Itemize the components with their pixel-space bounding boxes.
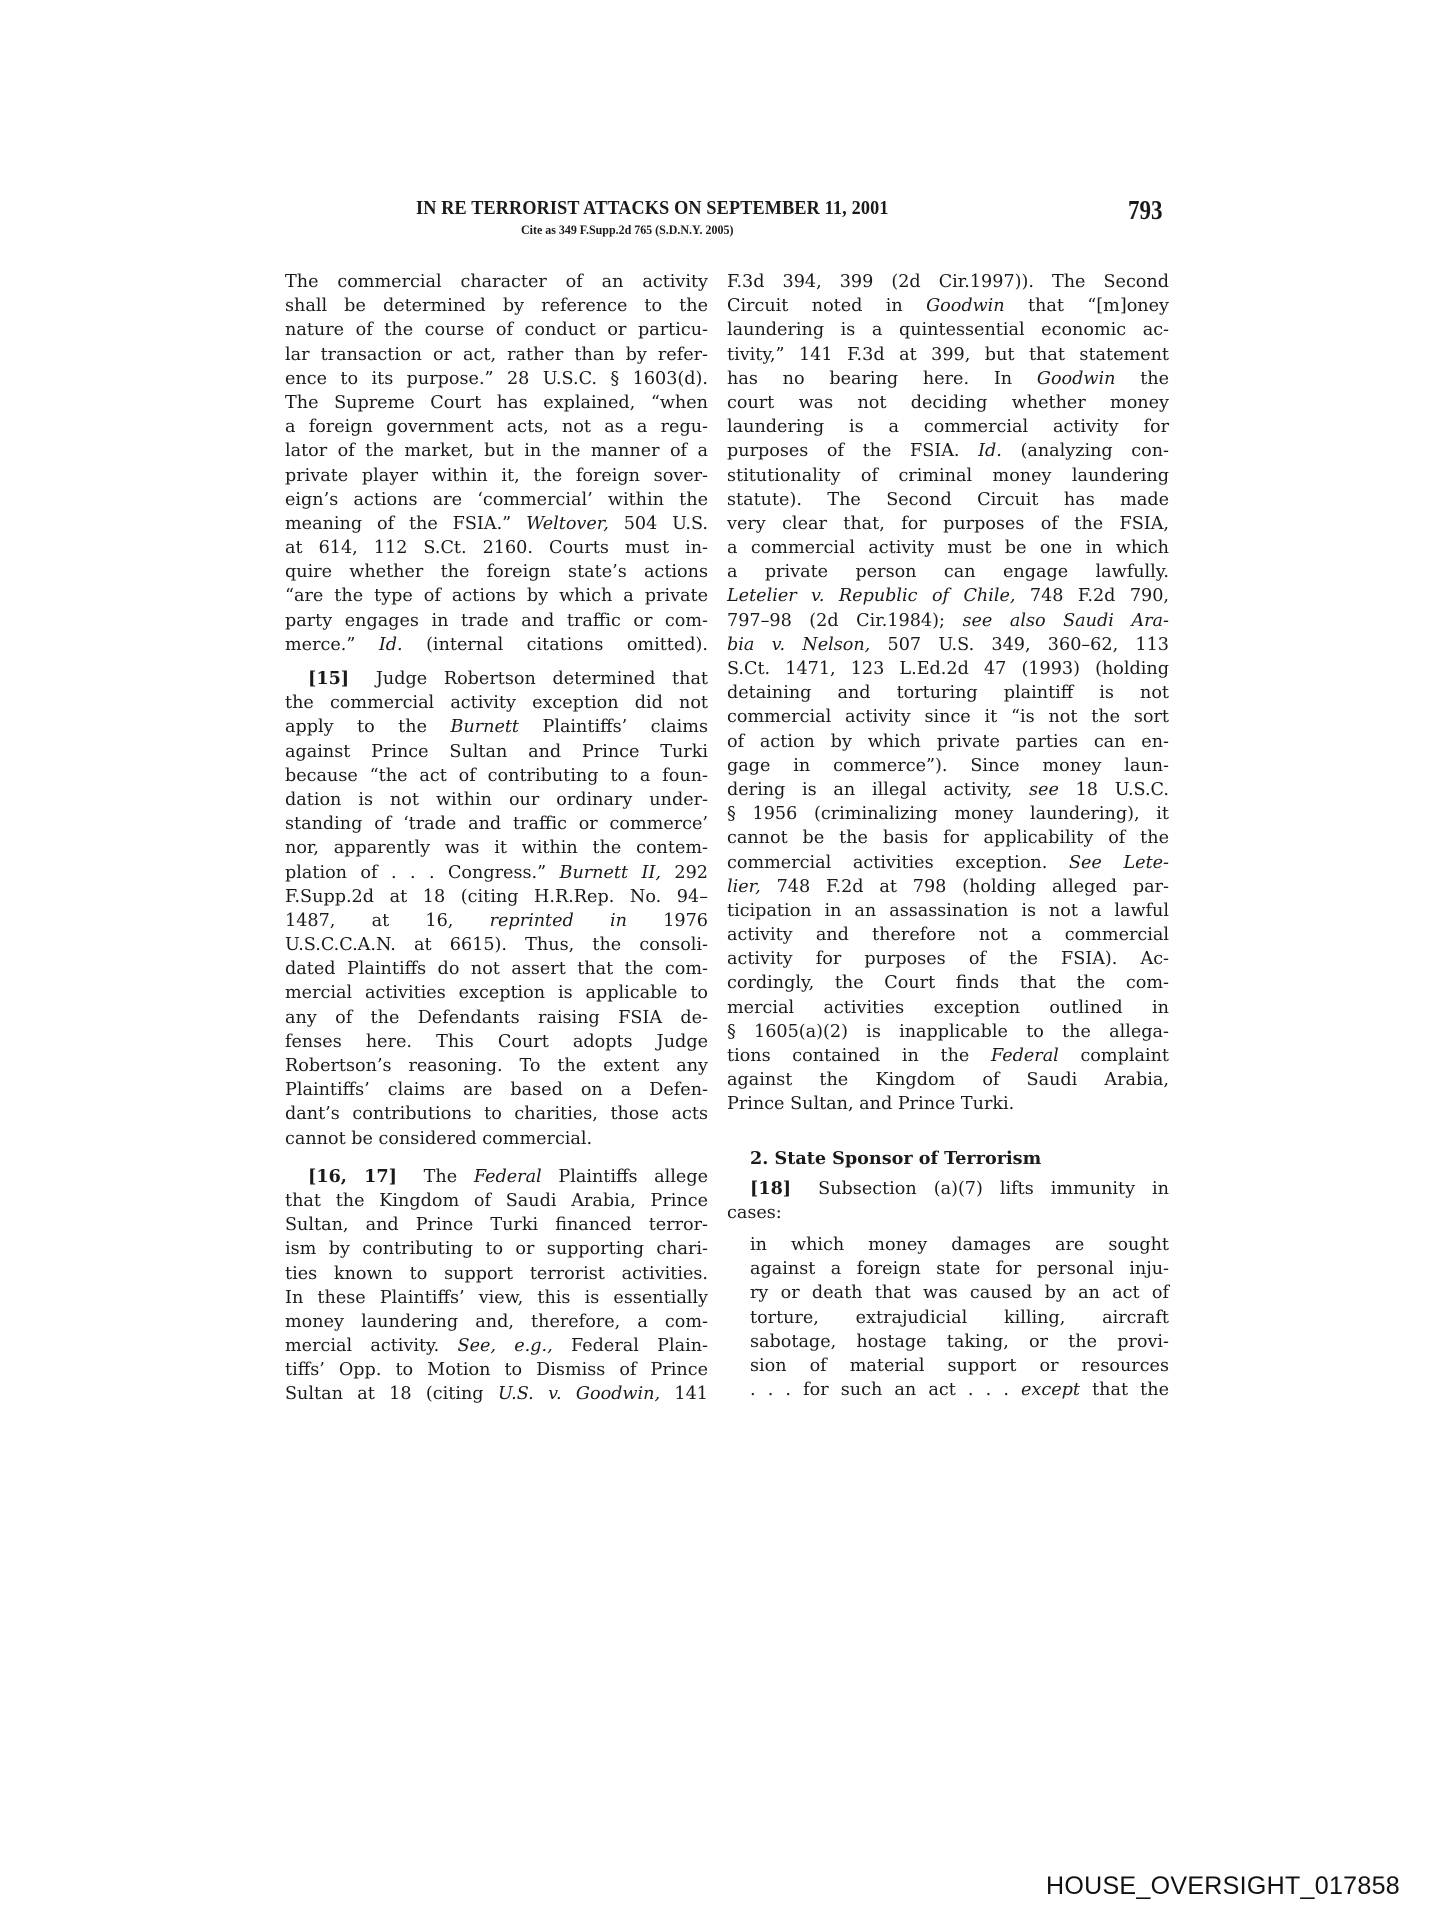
paragraph-goodwin: F.3d 394, 399 (2d Cir.1997)). The Second…: [727, 270, 1169, 1117]
case-name: Letelier v. Republic of Chile,: [727, 586, 1016, 606]
case-name: Burnett II,: [560, 863, 661, 883]
text-line: [15] Judge Robertson determined that: [285, 667, 708, 691]
case-name: See Lete-: [1069, 853, 1169, 873]
text-line: private player within it, the foreign so…: [285, 464, 708, 488]
text-line: sabotage, hostage taking, or the provi-: [727, 1330, 1169, 1354]
statute-blockquote: in which money damages are sought agains…: [727, 1233, 1169, 1402]
text-line: merce.” Id. (internal citations omitted)…: [285, 633, 708, 657]
text-line: . . . for such an act . . . except that …: [727, 1378, 1169, 1402]
case-name: Goodwin: [926, 296, 1005, 316]
paragraph-gap: [727, 1225, 1169, 1233]
paragraph-gap: [285, 1151, 708, 1165]
text-line: meaning of the FSIA.” Weltover, 504 U.S.: [285, 512, 708, 536]
text-line: the commercial activity exception did no…: [285, 691, 708, 715]
text-line: laundering is a commercial activity for: [727, 415, 1169, 439]
text-line: very clear that, for purposes of the FSI…: [727, 512, 1169, 536]
text-line: dation is not within our ordinary under-: [285, 788, 708, 812]
text-line: fenses here. This Court adopts Judge: [285, 1030, 708, 1054]
page-number: 793: [1128, 195, 1162, 226]
text-line: S.Ct. 1471, 123 L.Ed.2d 47 (1993) (holdi…: [727, 657, 1169, 681]
text-line: apply to the Burnett Plaintiffs’ claims: [285, 715, 708, 739]
case-name: lier,: [727, 877, 761, 897]
text-line: mercial activity. See, e.g., Federal Pla…: [285, 1334, 708, 1358]
text-line: Letelier v. Republic of Chile, 748 F.2d …: [727, 584, 1169, 608]
text-line: activity and therefore not a commercial: [727, 923, 1169, 947]
text-line: cannot be considered commercial.: [285, 1127, 708, 1151]
text-line: The commercial character of an activity: [285, 270, 708, 294]
bates-number: HOUSE_OVERSIGHT_017858: [1046, 1872, 1400, 1901]
running-title: IN RE TERRORIST ATTACKS ON SEPTEMBER 11,…: [416, 198, 993, 220]
text-line: tiffs’ Opp. to Motion to Dismiss of Prin…: [285, 1358, 708, 1382]
citation-signal: See, e.g.,: [458, 1336, 553, 1356]
text-line: bia v. Nelson, 507 U.S. 349, 360–62, 113: [727, 633, 1169, 657]
paragraph-18: [18] Subsection (a)(7) lifts immunity in…: [727, 1177, 1169, 1225]
paragraph-15: [15] Judge Robertson determined that the…: [285, 667, 708, 1151]
text-line: Sultan, and Prince Turki financed terror…: [285, 1213, 708, 1237]
citation-signal: Id.: [978, 441, 1002, 461]
left-column: The commercial character of an activity …: [285, 270, 708, 1407]
text-line: 797–98 (2d Cir.1984); see also Saudi Ara…: [727, 609, 1169, 633]
text-line: detaining and torturing plaintiff is not: [727, 681, 1169, 705]
text-line: ry or death that was caused by an act of: [727, 1281, 1169, 1305]
text-line: a private person can engage lawfully.: [727, 560, 1169, 584]
text-line: The Supreme Court has explained, “when: [285, 391, 708, 415]
text-line: Sultan at 18 (citing U.S. v. Goodwin, 14…: [285, 1382, 708, 1406]
case-name: Goodwin: [1037, 369, 1116, 389]
text-line: against Prince Sultan and Prince Turki: [285, 740, 708, 764]
text-line: U.S.C.C.A.N. at 6615). Thus, the consoli…: [285, 933, 708, 957]
text-line: cordingly, the Court finds that the com-: [727, 971, 1169, 995]
text-line: quire whether the foreign state’s action…: [285, 560, 708, 584]
text-line: torture, extrajudicial killing, aircraft: [727, 1306, 1169, 1330]
text-line: dated Plaintiffs do not assert that the …: [285, 957, 708, 981]
text-line: a foreign government acts, not as a regu…: [285, 415, 708, 439]
headnote-number: [16, 17]: [308, 1166, 397, 1187]
case-name: Federal: [474, 1167, 542, 1187]
text-line: In these Plaintiffs’ view, this is essen…: [285, 1286, 708, 1310]
text-line: Circuit noted in Goodwin that “[m]oney: [727, 294, 1169, 318]
text-line: “are the type of actions by which a priv…: [285, 584, 708, 608]
text-line: § 1956 (criminalizing money laundering),…: [727, 802, 1169, 826]
text-line: standing of ‘trade and traffic or commer…: [285, 812, 708, 836]
text-line: lar transaction or act, rather than by r…: [285, 343, 708, 367]
citation-line: Cite as 349 F.Supp.2d 765 (S.D.N.Y. 2005…: [521, 222, 733, 238]
text-line: § 1605(a)(2) is inapplicable to the alle…: [727, 1020, 1169, 1044]
text-line: money laundering and, therefore, a com-: [285, 1310, 708, 1334]
text-line: Prince Sultan, and Prince Turki.: [727, 1092, 1169, 1116]
text-line: gage in commerce”). Since money laun-: [727, 754, 1169, 778]
text-line: 1487, at 16, reprinted in 1976: [285, 909, 708, 933]
text-line: against the Kingdom of Saudi Arabia,: [727, 1068, 1169, 1092]
text-line: of action by which private parties can e…: [727, 730, 1169, 754]
text-line: [16, 17] The Federal Plaintiffs allege: [285, 1165, 708, 1189]
text-line: laundering is a quintessential economic …: [727, 318, 1169, 342]
text-line: cannot be the basis for applicability of…: [727, 826, 1169, 850]
paragraph-commercial-character: The commercial character of an activity …: [285, 270, 708, 657]
text-line: that the Kingdom of Saudi Arabia, Prince: [285, 1189, 708, 1213]
text-line: ties known to support terrorist activiti…: [285, 1262, 708, 1286]
text-line: in which money damages are sought: [727, 1233, 1169, 1257]
text-line: cases:: [727, 1201, 1169, 1225]
text-line: shall be determined by reference to the: [285, 294, 708, 318]
text-line: stitutionality of criminal money launder…: [727, 464, 1169, 488]
paragraph-16-17: [16, 17] The Federal Plaintiffs allege t…: [285, 1165, 708, 1407]
text-line: party engages in trade and traffic or co…: [285, 609, 708, 633]
text-line: dant’s contributions to charities, those…: [285, 1102, 708, 1126]
right-column: F.3d 394, 399 (2d Cir.1997)). The Second…: [727, 270, 1169, 1402]
case-name: bia v. Nelson,: [727, 635, 870, 655]
text-line: dering is an illegal activity, see 18 U.…: [727, 778, 1169, 802]
case-name: Federal: [991, 1046, 1059, 1066]
case-name: see also Saudi Ara-: [962, 611, 1169, 631]
text-line: sion of material support or resources: [727, 1354, 1169, 1378]
citation-signal: reprinted in: [490, 911, 627, 931]
case-name: U.S. v. Goodwin,: [498, 1384, 660, 1404]
text-line: F.3d 394, 399 (2d Cir.1997)). The Second: [727, 270, 1169, 294]
emphasis: except: [1021, 1380, 1080, 1400]
text-line: tions contained in the Federal complaint: [727, 1044, 1169, 1068]
section-gap: [727, 1117, 1169, 1145]
text-line: at 614, 112 S.Ct. 2160. Courts must in-: [285, 536, 708, 560]
text-line: has no bearing here. In Goodwin the: [727, 367, 1169, 391]
text-line: purposes of the FSIA. Id. (analyzing con…: [727, 439, 1169, 463]
text-line: court was not deciding whether money: [727, 391, 1169, 415]
citation-signal: Id.: [379, 635, 403, 655]
text-line: plation of . . . Congress.” Burnett II, …: [285, 861, 708, 885]
section-heading: 2. State Sponsor of Terrorism: [727, 1145, 1169, 1173]
text-line: lator of the market, but in the manner o…: [285, 439, 708, 463]
text-line: a commercial activity must be one in whi…: [727, 536, 1169, 560]
text-line: commercial activities exception. See Let…: [727, 851, 1169, 875]
case-name: Burnett: [450, 717, 519, 737]
headnote-number: [18]: [750, 1178, 791, 1199]
headnote-number: [15]: [308, 668, 349, 689]
text-line: statute). The Second Circuit has made: [727, 488, 1169, 512]
text-line: mercial activities exception outlined in: [727, 996, 1169, 1020]
text-line: nature of the course of conduct or parti…: [285, 318, 708, 342]
text-line: activity for purposes of the FSIA). Ac-: [727, 947, 1169, 971]
text-line: nor, apparently was it within the contem…: [285, 836, 708, 860]
text-line: ence to its purpose.” 28 U.S.C. § 1603(d…: [285, 367, 708, 391]
case-name: Weltover,: [526, 514, 609, 534]
text-line: ism by contributing to or supporting cha…: [285, 1237, 708, 1261]
text-line: against a foreign state for personal inj…: [727, 1257, 1169, 1281]
text-line: commercial activity since it “is not the…: [727, 705, 1169, 729]
text-line: Plaintiffs’ claims are based on a Defen-: [285, 1078, 708, 1102]
text-line: Robertson’s reasoning. To the extent any: [285, 1054, 708, 1078]
text-line: [18] Subsection (a)(7) lifts immunity in: [727, 1177, 1169, 1201]
text-line: eign’s actions are ‘commercial’ within t…: [285, 488, 708, 512]
text-line: tivity,” 141 F.3d at 399, but that state…: [727, 343, 1169, 367]
text-line: F.Supp.2d at 18 (citing H.R.Rep. No. 94–: [285, 885, 708, 909]
text-line: ticipation in an assassination is not a …: [727, 899, 1169, 923]
paragraph-gap: [285, 657, 708, 667]
citation-signal: see: [1029, 780, 1059, 800]
text-line: because “the act of contributing to a fo…: [285, 764, 708, 788]
text-line: lier, 748 F.2d at 798 (holding alleged p…: [727, 875, 1169, 899]
text-line: mercial activities exception is applicab…: [285, 981, 708, 1005]
text-line: any of the Defendants raising FSIA de-: [285, 1006, 708, 1030]
